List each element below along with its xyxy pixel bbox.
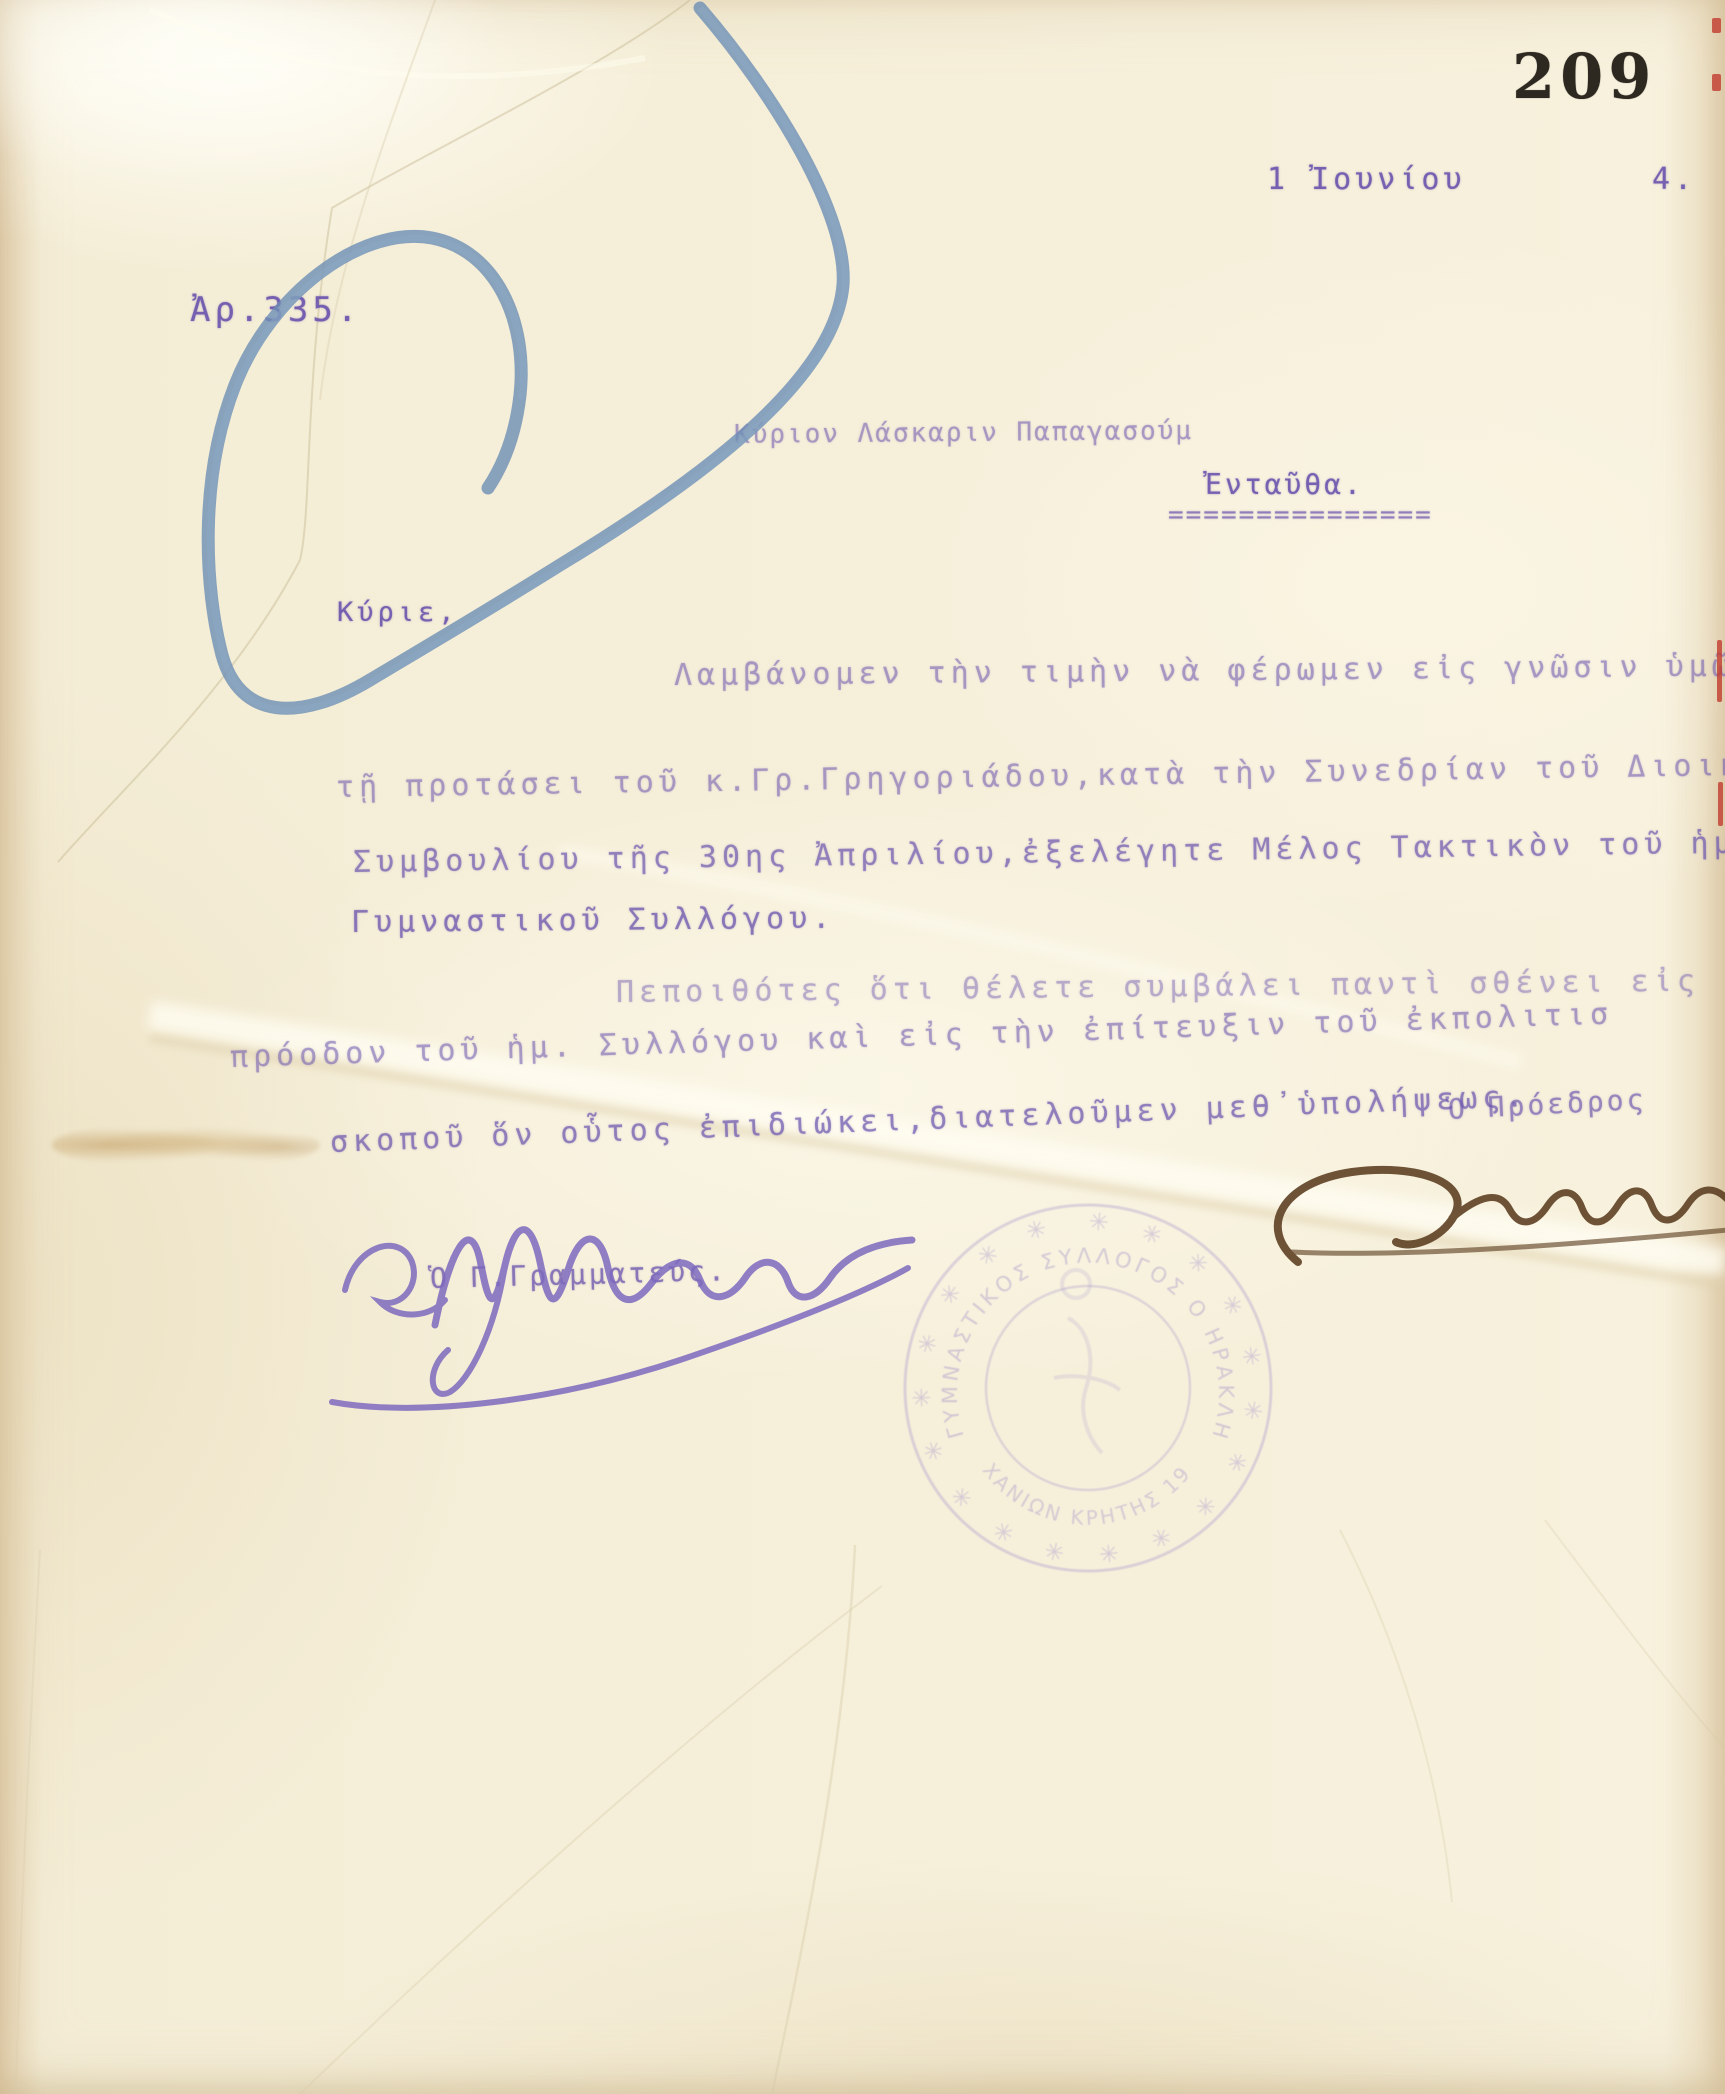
- body-line: Λαμβάνομεν τὴν τιμὴν νὰ φέρωμεν εἰς γνῶσ…: [674, 648, 1725, 693]
- scanned-letter-page: 209 1 Ἰουνίου 4. Ἀρ.335. Κύριον Λάσκαριν…: [0, 0, 1725, 2094]
- margin-mark: [1718, 782, 1723, 826]
- svg-text:ΓΥΜΝΑΣΤΙΚΟΣ ΣΥΛΛΟΓΟΣ Ο ΗΡΑΚΛΗΣ: ΓΥΜΝΑΣΤΙΚΟΣ ΣΥΛΛΟΓΟΣ Ο ΗΡΑΚΛΗΣ: [878, 1178, 1238, 1445]
- paper-corner-highlight: [0, 0, 640, 320]
- body-line: τῇ προτάσει τοῦ κ.Γρ.Γρηγοριάδου,κατὰ τὴ…: [336, 748, 1725, 805]
- date-day-month: 1 Ἰουνίου: [1267, 162, 1466, 197]
- svg-text:✳ ✳ ✳ ✳ ✳ ✳ ✳ ✳ ✳ ✳ ✳ ✳ ✳ ✳ ✳: ✳ ✳ ✳ ✳ ✳ ✳ ✳ ✳ ✳ ✳ ✳ ✳ ✳ ✳ ✳ ✳ ✳ ✳ ✳ ✳ …: [878, 1178, 1268, 1569]
- stamp-arc-top-text: ΓΥΜΝΑΣΤΙΚΟΣ ΣΥΛΛΟΓΟΣ Ο ΗΡΑΚΛΗΣ: [878, 1178, 1238, 1445]
- svg-text:ΧΑΝΙΩΝ ΚΡΗΤΗΣ 1902: ΧΑΝΙΩΝ ΚΡΗΤΗΣ 1902: [878, 1178, 1196, 1530]
- margin-mark: [1712, 74, 1721, 91]
- body-line: Γυμναστικοῦ Συλλόγου.: [351, 901, 836, 940]
- secretary-title: Ὁ Γ.Γραμματεύς.: [430, 1254, 729, 1295]
- body-line: Συμβουλίου τῆς 30ης Ἀπριλίου,ἐξελέγητε Μ…: [353, 825, 1725, 880]
- stamp-star-border: ✳ ✳ ✳ ✳ ✳ ✳ ✳ ✳ ✳ ✳ ✳ ✳ ✳ ✳ ✳ ✳ ✳ ✳ ✳ ✳ …: [878, 1178, 1268, 1569]
- margin-mark: [1717, 640, 1722, 702]
- body-line: πρόοδον τοῦ ἡμ. Συλλόγου καὶ εἰς τὴν ἐπί…: [229, 997, 1613, 1075]
- protocol-number: Ἀρ.335.: [190, 290, 361, 330]
- margin-mark: [1712, 18, 1721, 33]
- stamp-arc-bottom-text: ΧΑΝΙΩΝ ΚΡΗΤΗΣ 1902: [878, 1178, 1196, 1530]
- club-stamp: ✳ ✳ ✳ ✳ ✳ ✳ ✳ ✳ ✳ ✳ ✳ ✳ ✳ ✳ ✳ ✳ ✳ ✳ ✳ ✳ …: [878, 1178, 1298, 1598]
- archive-page-number: 209: [1512, 40, 1656, 113]
- recipient-separator: ===============: [1168, 500, 1433, 530]
- recipient-name: Κύριον Λάσκαριν Παπαγασούμ: [734, 416, 1193, 450]
- ink-stain: [52, 1122, 320, 1168]
- recipient-location: Ἐνταῦθα.: [1205, 468, 1364, 501]
- body-line: σκοποῦ ὅν οὗτος ἐπιδιώκει,διατελοῦμεν με…: [329, 1079, 1529, 1160]
- salutation: Κύριε,: [337, 597, 459, 628]
- date-year-fragment: 4.: [1652, 162, 1696, 197]
- stamp-emblem: [1054, 1270, 1120, 1453]
